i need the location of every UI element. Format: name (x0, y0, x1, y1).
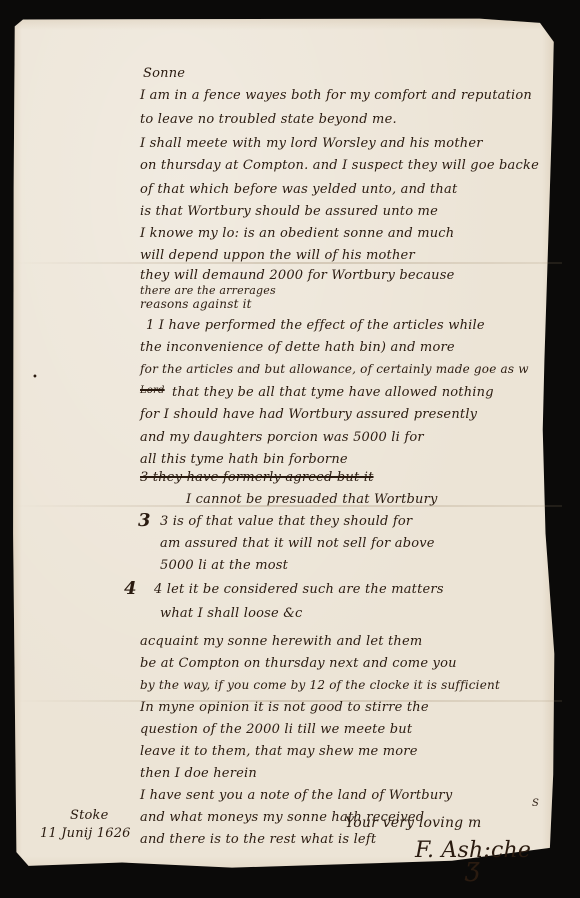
letter-line: reasons against it (140, 297, 252, 311)
salutation: Sonne (143, 66, 185, 81)
letter-line: is that Wortbury should be assured unto … (140, 204, 438, 219)
letter-line: 1 I have performed the effect of the art… (146, 318, 485, 333)
letter-line: In myne opinion it is not good to stirre… (140, 700, 429, 715)
letter-line: on thursday at Compton. and I suspect th… (140, 158, 539, 173)
letter-line: acquaint my sonne herewith and let them (140, 634, 422, 649)
letter-line: question of the 2000 li till we meete bu… (140, 722, 412, 737)
letter-line: and my daughters porcion was 5000 li for (140, 430, 424, 445)
letter-line: all this tyme hath bin forborne (140, 452, 348, 467)
letter-line: I cannot be presuaded that Wortbury (186, 492, 438, 507)
letter-line: then I doe herein (140, 766, 257, 781)
margin-struck-word: Lord (140, 385, 165, 396)
letter-line: 4 let it be considered such are the matt… (154, 582, 444, 597)
letter-line: I knowe my lo: is an obedient sonne and … (140, 226, 454, 241)
letter-line: I am in a fence wayes both for my comfor… (140, 88, 532, 103)
letter-line: they will demaund 2000 for Wortbury beca… (140, 268, 455, 283)
struck-letter-line: 3 they have formerly agreed but it (140, 470, 374, 485)
letter-line: 5000 li at the most (160, 558, 288, 573)
letter-line: be at Compton on thursday next and come … (140, 656, 457, 671)
letter-line: for I should have had Wortbury assured p… (140, 407, 477, 422)
item-number-4: 4 (124, 578, 137, 599)
dateline-date: 11 Junij 1626 (40, 826, 131, 841)
letter-line: and there is to the rest what is left (140, 832, 376, 847)
letter-line: will depend uppon the will of his mother (140, 248, 415, 263)
letter-line: I shall meete with my lord Worsley and h… (140, 136, 483, 151)
letter-line: am assured that it will not sell for abo… (160, 536, 435, 551)
letter-line: I have sent you a note of the land of Wo… (140, 788, 452, 803)
letter-line: what I shall loose &c (160, 606, 302, 621)
letter-line: by the way, if you come by 12 of the clo… (140, 678, 500, 692)
letter-line: for the articles and but allowance, of c… (140, 362, 529, 376)
item-number-3: 3 (138, 510, 151, 531)
closing-superscript: S (532, 798, 539, 809)
letter-line: leave it to them, that may shew me more (140, 744, 418, 759)
letter-line: of that which before was yelded unto, an… (140, 182, 457, 197)
dateline-place: Stoke (70, 808, 109, 823)
closing: Your very loving m (345, 815, 481, 831)
margin-dot: • (32, 372, 38, 383)
letter-line: the inconvenience of dette hath bin) and… (140, 340, 455, 355)
letter-line: that they be all that tyme have allowed … (172, 385, 494, 400)
letter-line: there are the arrerages (140, 284, 276, 297)
signature-flourish: Ʒ (465, 858, 480, 888)
letter-line: to leave no troubled state beyond me. (140, 112, 397, 127)
letter-line: 3 is of that value that they should for (160, 514, 412, 529)
